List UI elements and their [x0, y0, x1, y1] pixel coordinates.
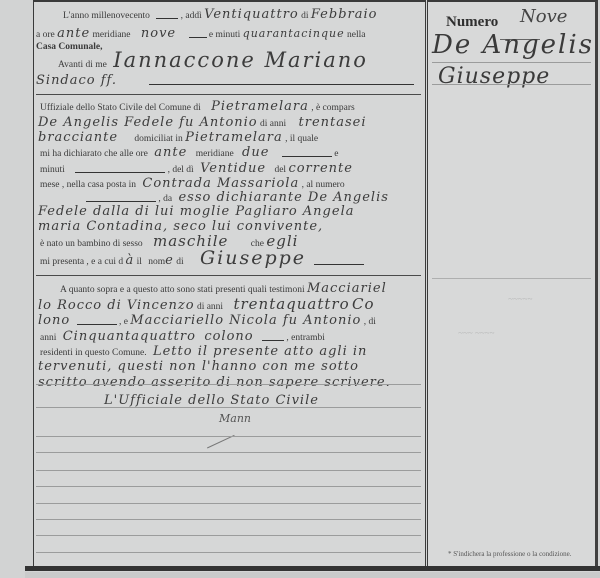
handwritten-title: Sindaco ff.: [36, 73, 117, 88]
printed-text: mi ha dichiarato che alle ore: [40, 149, 148, 159]
handwritten-witness: Macciariello Nicola fu Antonio: [130, 313, 361, 328]
blank-field: [149, 78, 414, 85]
bottom-margin: [25, 572, 600, 578]
printed-text: Avanti di me: [58, 60, 107, 70]
printed-text: A quanto sopra e a questo atto sono stat…: [60, 285, 305, 295]
handwritten-occupation: bracciante: [38, 130, 118, 145]
record-line-8: bracciante domiciliat in Pietramelara , …: [34, 131, 425, 146]
handwritten-day: Ventidue: [200, 161, 266, 176]
record-line-2: a ore ante meridiane nove e minuti quara…: [34, 27, 425, 42]
section-divider: [36, 94, 421, 95]
handwritten-month: Febbraio: [311, 7, 378, 22]
handwritten-text: scritto avendo asserito di non sapere sc…: [38, 375, 391, 390]
bleed-through-text: ~~~~~: [508, 294, 532, 304]
record-line-18: lo Rocco di Vincenzo di anni trentaquatt…: [34, 298, 425, 314]
ruled-line: [36, 535, 421, 536]
handwritten-ante: ante: [57, 26, 90, 41]
handwritten-occupation: colono: [204, 329, 253, 344]
record-line-5: Sindaco ff.: [34, 74, 425, 89]
printed-text: a ore: [36, 30, 55, 40]
ruled-line: [36, 503, 421, 504]
handwritten-day: Ventiquattro: [204, 7, 299, 22]
printed-text: domiciliat: [134, 134, 173, 144]
printed-text: di anni: [260, 119, 286, 129]
side-index-frame: Numero Nove De Angelis Giuseppe ~~~~~ ~~…: [427, 0, 598, 570]
handwritten-minutes: quarantacinque: [243, 27, 345, 40]
ruled-line: [36, 519, 421, 520]
ruled-line: [36, 486, 421, 487]
handwritten-officer-title: L'Ufficiale dello Stato Civile: [104, 393, 319, 408]
blank-field: [156, 12, 178, 19]
handwritten-hour: due: [242, 145, 269, 160]
printed-text: Uffiziale dello Stato Civile del Comune …: [40, 103, 201, 113]
record-line-10: minuti , del dì Ventidue del corrente: [34, 162, 425, 177]
printed-text: , di: [364, 317, 376, 327]
printed-text: mese , nella casa posta in: [40, 180, 136, 190]
blank-field: [77, 318, 117, 325]
record-line-7: De Angelis Fedele fu Antonio di anni tre…: [34, 116, 425, 131]
printed-text: meridiane: [196, 149, 234, 159]
printed-text: e: [334, 149, 338, 159]
handwritten-residence: Pietramelara: [185, 130, 283, 145]
numero-label: Numero: [446, 14, 498, 31]
printed-text: Casa Comunale,: [36, 42, 103, 52]
blank-field: [314, 258, 364, 265]
printed-text: di anni: [197, 302, 223, 312]
ruled-line: [36, 436, 421, 437]
record-line-22: tervenuti, questi non l'hanno con me sot…: [34, 360, 425, 375]
printed-text: di: [301, 11, 308, 21]
printed-text: minuti: [40, 165, 65, 175]
record-line-9: mi ha dichiarato che alle ore ante merid…: [34, 146, 425, 161]
side-surname: De Angelis: [432, 30, 594, 60]
record-line-21: residenti in questo Comune. Letto il pre…: [34, 345, 425, 360]
printed-text: è nato un bambino di sesso: [40, 239, 143, 249]
printed-text: , addì: [181, 11, 202, 21]
printed-text: , è compars: [311, 103, 355, 113]
handwritten-child-name: Giuseppe: [200, 247, 306, 269]
handwritten-age: Cinquantaquattro: [63, 329, 196, 344]
record-line-20: anni Cinquantaquattro colono , entrambi: [34, 330, 425, 345]
printed-text: anni: [40, 333, 56, 343]
ruled-line: [432, 62, 591, 63]
record-line-14: maria Contadina, seco lui convivente,: [34, 220, 425, 235]
blank-field: [262, 334, 284, 341]
handwritten-hour: nove: [141, 26, 176, 41]
handwritten-officer-name: Iannaccone Mariano: [113, 48, 368, 72]
record-line-16: mi presenta , e a cui d à il nome di Giu…: [34, 252, 425, 269]
handwritten-age: trentasei: [299, 115, 367, 130]
handwritten-place: Contrada Massariola: [142, 176, 299, 191]
handwritten-text: à: [125, 253, 134, 268]
blank-field: [75, 166, 165, 173]
printed-text: , da: [158, 194, 172, 204]
ruled-line: [36, 452, 421, 453]
printed-text: e minuti: [209, 30, 240, 40]
handwritten-month: corrente: [288, 161, 353, 176]
bleed-through-text: ~~~ ~~~~: [458, 328, 494, 338]
printed-text: , entrambi: [286, 333, 325, 343]
side-given-name: Giuseppe: [438, 64, 550, 89]
handwritten-text: tervenuti, questi non l'hanno con me sot…: [38, 359, 359, 374]
ruled-line: [432, 84, 591, 85]
printed-text: meridiane: [93, 30, 131, 40]
record-line-13: Fedele dalla di lui moglie Pagliaro Ange…: [34, 205, 425, 220]
handwritten-text: e: [165, 253, 174, 268]
blank-field: [86, 195, 156, 202]
record-line-19: lono , e Macciariello Nicola fu Antonio …: [34, 314, 425, 329]
bottom-border: [25, 566, 600, 571]
ruled-line: [36, 552, 421, 553]
ruled-line: [36, 407, 421, 408]
printed-text: , il quale: [285, 134, 318, 144]
printed-text: del: [274, 165, 286, 175]
handwritten-text: Letto il presente atto agli in: [153, 344, 367, 359]
main-record-frame: L'anno millenovecento , addì Ventiquattr…: [33, 0, 426, 570]
printed-text: , al numero: [302, 180, 345, 190]
ruled-line: [36, 470, 421, 471]
handwritten-occupation: lono: [38, 313, 70, 328]
blank-field: [282, 150, 332, 157]
handwritten-text: esso dichiarante De Angelis: [178, 190, 388, 205]
printed-text: , e: [119, 317, 128, 327]
printed-text: nella: [347, 30, 365, 40]
printed-text: , del dì: [168, 165, 194, 175]
handwritten-occupation: Co: [352, 295, 375, 313]
printed-text: mi presenta , e a cui d: [40, 257, 123, 267]
handwritten-text: Fedele dalla di lui moglie Pagliaro Ange…: [38, 204, 354, 219]
printed-text: il: [137, 257, 142, 267]
blank-field: [189, 31, 207, 38]
section-divider: [36, 275, 421, 276]
handwritten-witness: Macciariel: [307, 281, 387, 296]
ruled-line: [36, 384, 421, 385]
printed-text: nom: [148, 257, 165, 267]
record-line-1: L'anno millenovecento , addì Ventiquattr…: [34, 8, 425, 23]
handwritten-ante: ante: [154, 145, 187, 160]
document-page: L'anno millenovecento , addì Ventiquattr…: [0, 0, 600, 578]
handwritten-comune: Pietramelara: [211, 99, 309, 114]
numero-value: Nove: [520, 6, 567, 27]
handwritten-age: trentaquattro: [233, 295, 349, 313]
ruled-line: [432, 278, 591, 279]
printed-text: in: [175, 134, 182, 144]
handwritten-witness: lo Rocco di Vincenzo: [38, 298, 195, 313]
record-line-6: Uffiziale dello Stato Civile del Comune …: [34, 100, 425, 115]
printed-text: L'anno millenovecento: [63, 11, 150, 21]
printed-text: residenti in questo Comune.: [40, 348, 147, 358]
footnote: * S'indichera la professione o la condiz…: [448, 550, 572, 558]
printed-text: di: [176, 257, 183, 267]
left-margin: [0, 0, 33, 578]
handwritten-declarant: De Angelis Fedele fu Antonio: [38, 115, 258, 130]
